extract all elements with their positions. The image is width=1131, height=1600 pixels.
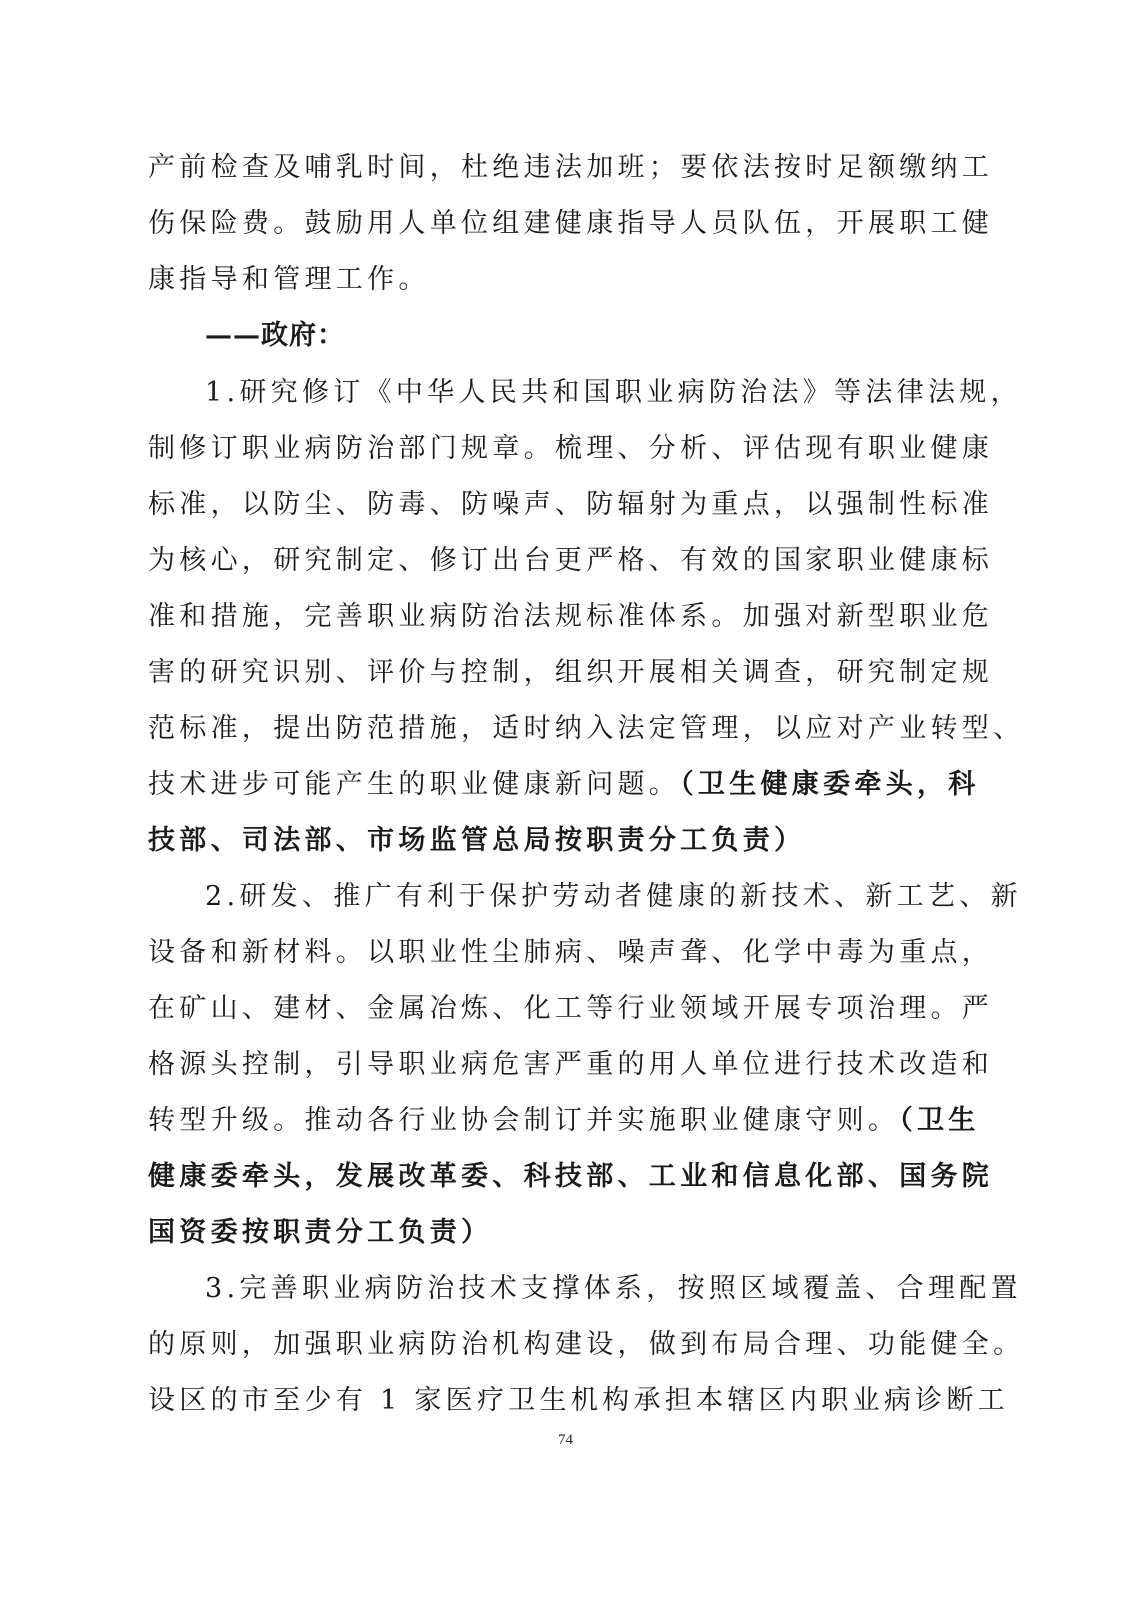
responsibility-attribution: （卫生 [899, 1105, 979, 1136]
paragraph-line: 害的研究识别、评价与控制，组织开展相关调查，研究制定规 [148, 653, 963, 693]
paragraph-line: 为核心，研究制定、修订出台更严格、有效的国家职业健康标 [148, 541, 963, 581]
paragraph-line: 在矿山、建材、金属冶炼、化工等行业领域开展专项治理。严 [148, 989, 963, 1029]
item-text: 转型升级。推动各行业协会制订并实施职业健康守则。 [148, 1105, 899, 1136]
item-text: 研发、推广有利于保护劳动者健康的新技术、新工艺、新 [239, 881, 1022, 912]
item-text: 研究修订《中华人民共和国职业病防治法》等法律法规， [239, 377, 1022, 408]
item-number: 1. [205, 377, 239, 408]
paragraph-line: 准和措施，完善职业病防治法规标准体系。加强对新型职业危 [148, 597, 963, 637]
paragraph-line: 的原则，加强职业病防治机构建设，做到布局合理、功能健全。 [148, 1325, 963, 1365]
list-item-first-line: 3.完善职业病防治技术支撑体系，按照区域覆盖、合理配置 [205, 1269, 963, 1309]
paragraph-line: 设备和新材料。以职业性尘肺病、噪声聋、化学中毒为重点， [148, 933, 963, 973]
responsibility-attribution: （卫生健康委牵头，科 [680, 769, 980, 800]
list-item-first-line: 2.研发、推广有利于保护劳动者健康的新技术、新工艺、新 [205, 877, 963, 917]
responsibility-attribution: 国资委按职责分工负责） [148, 1213, 963, 1253]
item-number: 2. [205, 881, 239, 912]
paragraph-line: 范标准，提出防范措施，适时纳入法定管理，以应对产业转型、 [148, 709, 963, 749]
paragraph-line: 格源头控制，引导职业病危害严重的用人单位进行技术改造和 [148, 1045, 963, 1085]
paragraph-line: 康指导和管理工作。 [148, 260, 963, 300]
page-number: 74 [0, 1432, 1131, 1449]
paragraph-line: 转型升级。推动各行业协会制订并实施职业健康守则。（卫生 [148, 1101, 963, 1141]
item-text: 完善职业病防治技术支撑体系，按照区域覆盖、合理配置 [239, 1273, 1022, 1304]
paragraph-line: 产前检查及哺乳时间，杜绝违法加班；要依法按时足额缴纳工 [148, 148, 963, 188]
section-heading: ——政府： [205, 316, 963, 356]
paragraph-line: 制修订职业病防治部门规章。梳理、分析、评估现有职业健康 [148, 429, 963, 469]
responsibility-attribution: 技部、司法部、市场监管总局按职责分工负责） [148, 821, 963, 861]
paragraph-line: 伤保险费。鼓励用人单位组建健康指导人员队伍，开展职工健 [148, 204, 963, 244]
list-item-first-line: 1.研究修订《中华人民共和国职业病防治法》等法律法规， [205, 373, 963, 413]
paragraph-line: 技术进步可能产生的职业健康新问题。（卫生健康委牵头，科 [148, 765, 963, 805]
item-number: 3. [205, 1273, 239, 1304]
item-text: 技术进步可能产生的职业健康新问题。 [148, 769, 680, 800]
paragraph-line: 设区的市至少有 1 家医疗卫生机构承担本辖区内职业病诊断工 [148, 1381, 963, 1421]
responsibility-attribution: 健康委牵头，发展改革委、科技部、工业和信息化部、国务院 [148, 1157, 963, 1197]
paragraph-line: 标准，以防尘、防毒、防噪声、防辐射为重点，以强制性标准 [148, 485, 963, 525]
document-page: 产前检查及哺乳时间，杜绝违法加班；要依法按时足额缴纳工 伤保险费。鼓励用人单位组… [0, 0, 1131, 1600]
